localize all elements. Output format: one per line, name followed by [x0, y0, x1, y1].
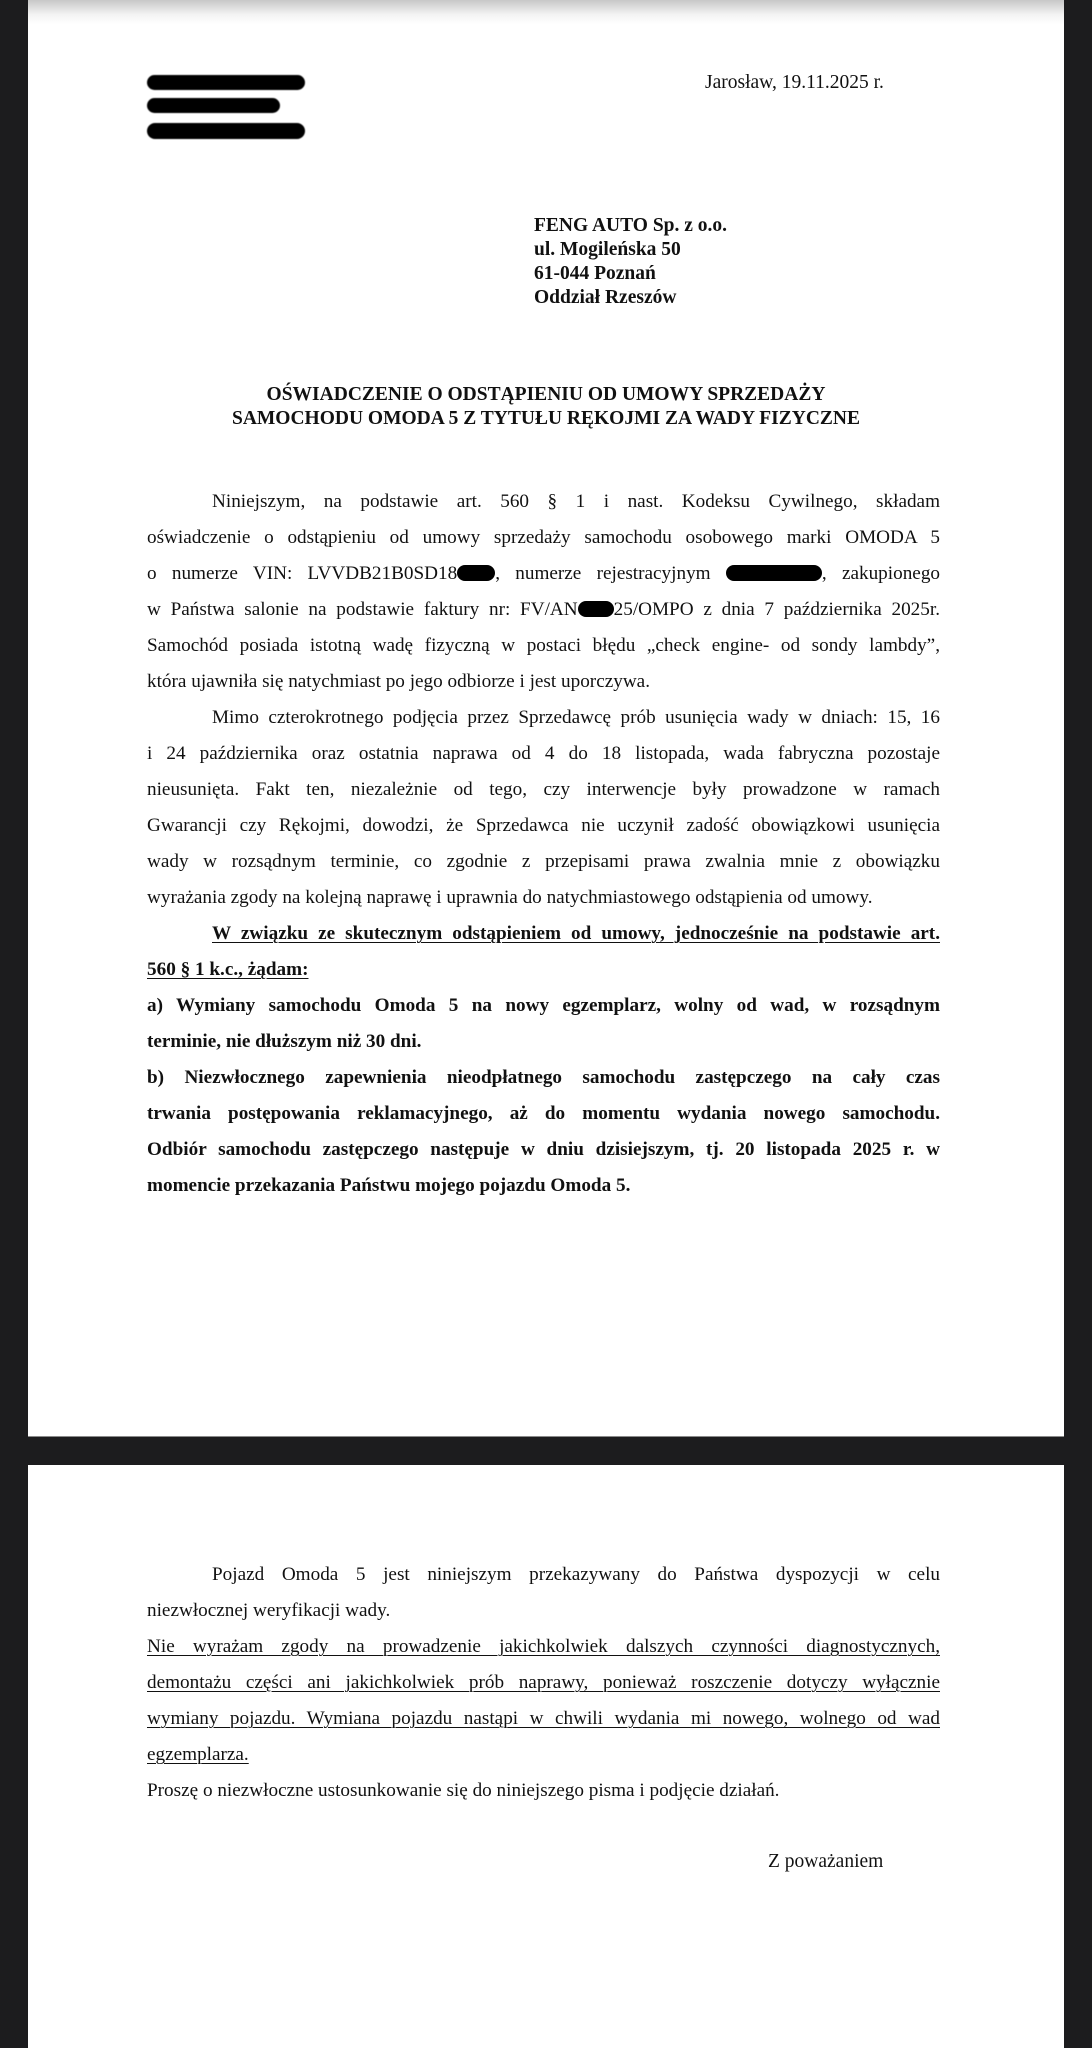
recipient-street: ul. Mogileńska 50 [534, 238, 727, 262]
paragraph-repair-attempts: Mimo czterokrotnego podjęcia przez Sprze… [147, 700, 940, 916]
text-line: Samochód posiada istotną wadę fizyczną w… [147, 628, 940, 664]
title-line-2: SAMOCHODU OMODA 5 Z TYTUŁU RĘKOJMI ZA WA… [28, 407, 1064, 431]
text-line: która ujawniła się natychmiast po jego o… [147, 664, 940, 700]
text-line: Mimo czterokrotnego podjęcia przez Sprze… [147, 700, 940, 736]
text-fragment: , zakupionego [822, 563, 940, 584]
refusal-line: demontażu części ani jakichkolwiek prób … [147, 1665, 940, 1701]
paragraph-refusal: Nie wyrażam zgody na prowadzenie jakichk… [147, 1629, 940, 1773]
refusal-line: wymiany pojazdu. Wymiana pojazdu nastąpi… [147, 1701, 940, 1737]
place-date: Jarosław, 19.11.2025 r. [705, 72, 884, 94]
text-line-vin: o numerze VIN: LVVDB21B0SD18, numerze re… [147, 556, 940, 592]
underlined-text: wymiany pojazdu. Wymiana pojazdu nastąpi… [147, 1708, 940, 1729]
redacted-sender-line-1 [147, 75, 305, 90]
text-line: i 24 października oraz ostatnia naprawa … [147, 736, 940, 772]
underlined-text: 560 § 1 k.c., żądam: [147, 959, 308, 980]
paragraph-handover: Pojazd Omoda 5 jest niniejszym przekazyw… [147, 1557, 940, 1629]
underlined-text: demontażu części ani jakichkolwiek prób … [147, 1672, 940, 1693]
paragraph-statement: Niniejszym, na podstawie art. 560 § 1 i … [147, 484, 940, 700]
recipient-company: FENG AUTO Sp. z o.o. [534, 214, 727, 238]
redacted-registration-number [726, 565, 822, 581]
redacted-vin-suffix [457, 565, 495, 581]
demand-b-line: momencie przekazania Państwu mojego poja… [147, 1168, 940, 1204]
page-1-bottom-edge [28, 1436, 1064, 1437]
paragraph-demands: W związku ze skutecznym odstąpieniem od … [147, 916, 940, 1204]
signoff: Z poważaniem [768, 1851, 883, 1873]
refusal-line: Nie wyrażam zgody na prowadzenie jakichk… [147, 1629, 940, 1665]
text-line: Pojazd Omoda 5 jest niniejszym przekazyw… [147, 1557, 940, 1593]
demand-a-line: terminie, nie dłuższym niż 30 dni. [147, 1024, 940, 1060]
redacted-sender-line-2 [147, 98, 280, 113]
text-line: wady w rozsądnym terminie, co zgodnie z … [147, 844, 940, 880]
text-line: niezwłocznej weryfikacji wady. [147, 1593, 940, 1629]
redacted-invoice-number [578, 601, 614, 617]
underlined-text: W związku ze skutecznym odstąpieniem od … [212, 923, 940, 944]
text-line: Niniejszym, na podstawie art. 560 § 1 i … [147, 484, 940, 520]
recipient-branch: Oddział Rzeszów [534, 286, 727, 310]
paragraph-request: Proszę o niezwłoczne ustosunkowanie się … [147, 1773, 940, 1809]
invoice-label: w Państwa salonie na podstawie faktury n… [147, 599, 578, 620]
body-page-2: Pojazd Omoda 5 jest niniejszym przekazyw… [147, 1557, 940, 1809]
text-line: nieusunięta. Fakt ten, niezależnie od te… [147, 772, 940, 808]
recipient-city: 61-044 Poznań [534, 262, 727, 286]
demands-intro-line: W związku ze skutecznym odstąpieniem od … [147, 916, 940, 952]
text-fragment: 25/OMPO z dnia 7 października 2025r. [614, 599, 940, 620]
demand-b-line: b) Niezwłocznego zapewnienia nieodpłatne… [147, 1060, 940, 1096]
redacted-sender-line-3 [147, 123, 305, 139]
document-title: OŚWIADCZENIE O ODSTĄPIENIU OD UMOWY SPRZ… [28, 383, 1064, 431]
vin-label: o numerze VIN: LVVDB21B0SD18 [147, 563, 457, 584]
text-line: wyrażania zgody na kolejną naprawę i upr… [147, 880, 940, 916]
text-line: Gwarancji czy Rękojmi, dowodzi, że Sprze… [147, 808, 940, 844]
demand-a-line: a) Wymiany samochodu Omoda 5 na nowy egz… [147, 988, 940, 1024]
refusal-line: egzemplarza. [147, 1737, 940, 1773]
title-line-1: OŚWIADCZENIE O ODSTĄPIENIU OD UMOWY SPRZ… [28, 383, 1064, 407]
text-line: oświadczenie o odstąpieniu od umowy sprz… [147, 520, 940, 556]
registration-label: , numerze rejestracyjnym [495, 563, 726, 584]
body-page-1: Niniejszym, na podstawie art. 560 § 1 i … [147, 484, 940, 1204]
underlined-text: egzemplarza. [147, 1744, 249, 1765]
demand-b-line: trwania postępowania reklamacyjnego, aż … [147, 1096, 940, 1132]
text-line: Proszę o niezwłoczne ustosunkowanie się … [147, 1773, 940, 1809]
demand-b-line: Odbiór samochodu zastępczego następuje w… [147, 1132, 940, 1168]
recipient-address: FENG AUTO Sp. z o.o. ul. Mogileńska 50 6… [534, 214, 727, 310]
text-line-invoice: w Państwa salonie na podstawie faktury n… [147, 592, 940, 628]
demands-intro-line: 560 § 1 k.c., żądam: [147, 952, 940, 988]
underlined-text: Nie wyrażam zgody na prowadzenie jakichk… [147, 1636, 940, 1657]
